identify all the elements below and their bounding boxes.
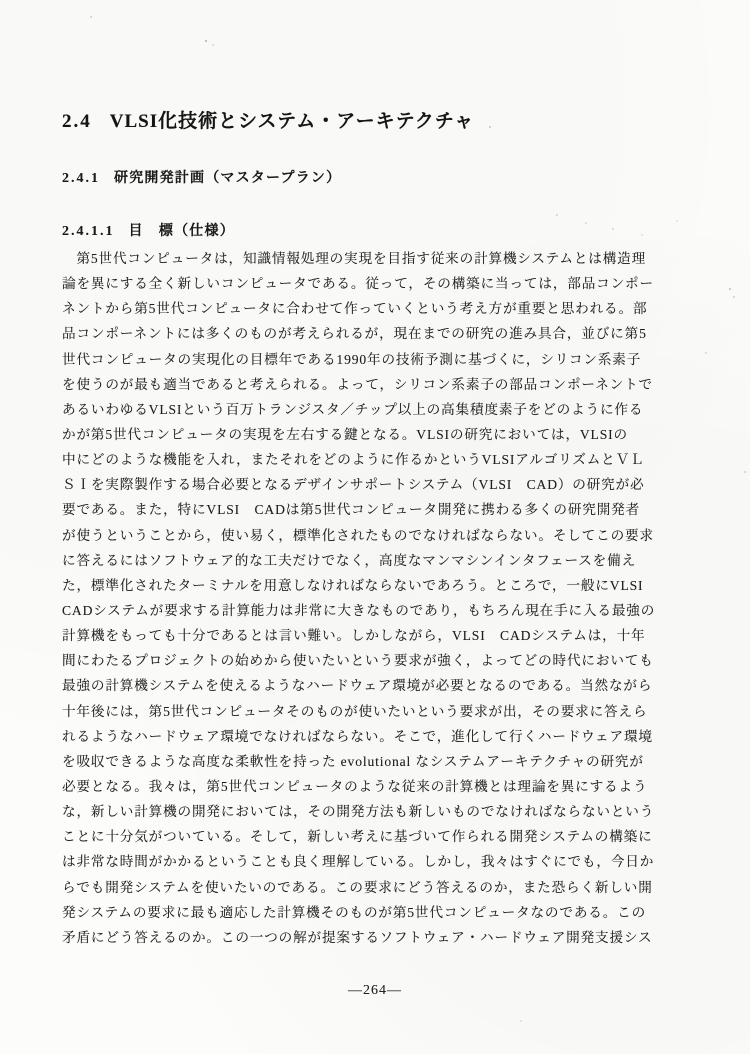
body-line: 品コンポーネントには多くのものが考えられるが，現在までの研究の進み具合，並びに第…: [62, 321, 710, 346]
body-line: れるようなハードウェア環境でなければならない。そこで，進化して行くハードウェア環…: [62, 724, 710, 749]
body-line: あるいわゆるVLSIという百万トランジスタ／チップ以上の高集積度素子をどのように…: [62, 397, 710, 422]
scan-noise-specks: [0, 0, 2, 2]
body-line: 十年後には，第5世代コンピュータそのものが使いたいという要求が出，その要求に答え…: [62, 699, 710, 724]
body-line: かが第5世代コンピュータの実現を左右する鍵となる。VLSIの研究においては，VL…: [62, 422, 710, 447]
subsubsection-number: 2.4.1.1: [62, 224, 115, 239]
body-line: 世代コンピュータの実現化の目標年である1990年の技術予測に基づくに，シリコン系…: [62, 347, 710, 372]
subsection-number: 2.4.1: [62, 171, 100, 186]
body-line: た，標準化されたターミナルを用意しなければならないであろう。ところで，一般にVL…: [62, 573, 710, 598]
body-line: ＳＩを実際製作する場合必要となるデザインサポートシステム（VLSI CAD）の研…: [62, 472, 710, 497]
subsection-title: 研究開発計画（マスタープラン）: [114, 171, 341, 186]
body-line: 発システムの要求に最も適応した計算機そのものが第5世代コンピュータなのである。こ…: [62, 900, 710, 925]
body-line: 要である。また，特にVLSI CADは第5世代コンピュータ開発に携わる多くの研究…: [62, 497, 710, 522]
body-line: は非常な時間がかかるということも良く理解している。しかし，我々はすぐにでも，今日…: [62, 849, 710, 874]
body-line: 計算機をもっても十分であるとは言い難い。しかしながら，VLSI CADシステムは…: [62, 623, 710, 648]
body-line: 間にわたるプロジェクトの始めから使いたいという要求が強く，よってどの時代において…: [62, 648, 710, 673]
section-title: VLSI化技術とシステム・アーキテクチャ: [110, 111, 475, 132]
page-number: —264—: [0, 983, 750, 999]
document-page: 2.4VLSI化技術とシステム・アーキテクチャ 2.4.1研究開発計画（マスター…: [0, 0, 750, 1054]
body-line: を使うのが最も適当であると考えられる。よって，シリコン系素子の部品コンポーネント…: [62, 372, 710, 397]
body-line: 第5世代コンピュータは，知識情報処理の実現を目指す従来の計算機システムとは構造理: [62, 246, 710, 271]
body-line: に答えるにはソフトウェア的な工夫だけでなく，高度なマンマシンインタフェースを備え: [62, 548, 710, 573]
subsection-heading: 2.4.1研究開発計画（マスタープラン）: [62, 167, 341, 187]
body-line: を吸収できるような高度な柔軟性を持った evolutional なシステムアーキ…: [62, 749, 710, 774]
body-line: 矛盾にどう答えるのか。この一つの解が提案するソフトウェア・ハードウェア開発支援シ…: [62, 925, 710, 950]
subsubsection-heading: 2.4.1.1目 標（仕様）: [62, 220, 235, 240]
body-line: 中にどのような機能を入れ，またそれをどのように作るかというVLSIアルゴリズムと…: [62, 447, 710, 472]
body-line: 必要となる。我々は，第5世代コンピュータのような従来の計算機とは理論を異にするよ…: [62, 774, 710, 799]
body-line: 最強の計算機システムを使えるようなハードウェア環境が必要となるのである。当然なが…: [62, 673, 710, 698]
subsubsection-title: 目 標（仕様）: [129, 224, 235, 239]
section-number: 2.4: [62, 111, 92, 132]
body-line: が使うということから，使い易く，標準化されたものでなければならない。そしてこの要…: [62, 523, 710, 548]
section-heading: 2.4VLSI化技術とシステム・アーキテクチャ: [62, 106, 474, 133]
body-line: ことに十分気がついている。そして，新しい考えに基づいて作られる開発システムの構築…: [62, 824, 710, 849]
body-paragraph: 第5世代コンピュータは，知識情報処理の実現を目指す従来の計算機システムとは構造理…: [62, 246, 710, 950]
body-line: な，新しい計算機の開発においては，その開発方法も新しいものでなければならないとい…: [62, 799, 710, 824]
body-line: CADシステムが要求する計算能力は非常に大きなものであり，もちろん現在手に入る最…: [62, 598, 710, 623]
body-line: らでも開発システムを使いたいのである。この要求にどう答えるのか，また恐らく新しい…: [62, 875, 710, 900]
body-line: ネントから第5世代コンピュータに合わせて作っていくという考え方が重要と思われる。…: [62, 296, 710, 321]
body-line: 論を異にする全く新しいコンピュータである。従って，その構築に当っては，部品コンポ…: [62, 271, 710, 296]
